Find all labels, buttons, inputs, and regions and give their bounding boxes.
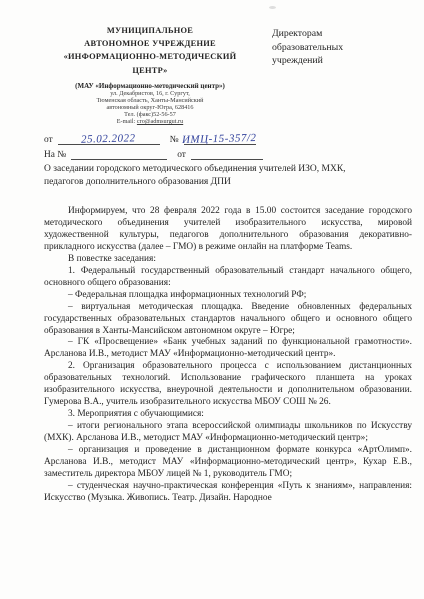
body-paragraph: Информируем, что 28 февраля 2022 года в … — [44, 206, 412, 254]
body-paragraph: – Федеральная площадка информационных те… — [44, 290, 412, 302]
letter-body: Информируем, что 28 февраля 2022 года в … — [44, 206, 412, 505]
handwritten-date: 25.02.2022 — [81, 132, 136, 145]
org-address-line: ул. Декабристов, 16, г. Сургут, — [36, 90, 264, 97]
body-paragraph: 3. Мероприятия с обучающимися: — [44, 409, 412, 421]
outgoing-date-label: от — [44, 135, 58, 145]
reply-number-label: На № — [44, 150, 71, 160]
email-label: E-mail: — [117, 118, 136, 125]
body-paragraph: 2. Организация образовательного процесса… — [44, 361, 412, 409]
handwritten-number: ИМЦ-15-357/2 — [182, 132, 257, 146]
org-short-name: (МАУ «Информационно-методический центр») — [36, 82, 264, 91]
body-paragraph: – ГК «Просвещение» «Банк учебных заданий… — [44, 337, 412, 361]
body-paragraph: – организация и проведение в дистанционн… — [44, 445, 412, 481]
reply-date-field — [191, 145, 263, 160]
body-paragraph: 1. Федеральный государственный образоват… — [44, 266, 412, 290]
reply-number-field — [71, 145, 167, 160]
addressee-block: Директорам образовательных учреждений — [272, 27, 384, 68]
org-name-line: «ИНФОРМАЦИОННО-МЕТОДИЧЕСКИЙ — [36, 50, 264, 63]
reference-row-reply: На № от — [44, 145, 260, 160]
reference-block: от 25.02.2022 № ИМЦ-15-357/2 На № от — [44, 130, 260, 160]
outgoing-number-field: ИМЦ-15-357/2 — [184, 130, 256, 145]
reference-row-outgoing: от 25.02.2022 № ИМЦ-15-357/2 — [44, 130, 260, 145]
org-name-line: АВТОНОМНОЕ УЧРЕЖДЕНИЕ — [36, 37, 264, 50]
letterhead: МУНИЦИПАЛЬНОЕ АВТОНОМНОЕ УЧРЕЖДЕНИЕ «ИНФ… — [36, 24, 264, 125]
org-name-line: ЦЕНТР» — [36, 64, 264, 77]
scan-artifact — [269, 6, 276, 9]
body-paragraph: – виртуальная методическая площадка. Вве… — [44, 302, 412, 338]
org-email-line: E-mail: cro@admsurgut.ru — [36, 118, 264, 125]
letter-subject: О заседании городского методического объ… — [44, 163, 346, 188]
reply-date-label: от — [177, 150, 191, 160]
body-paragraph: – итоги регионального этапа всероссийско… — [44, 421, 412, 445]
org-phone-line: Тел. (факс)52-56-57 — [36, 111, 264, 118]
org-name-line: МУНИЦИПАЛЬНОЕ — [36, 24, 264, 37]
org-address-line: автономный округ-Югра, 628416 — [36, 104, 264, 111]
email-value: cro@admsurgut.ru — [137, 118, 183, 125]
body-paragraph: – студенческая научно-практическая конфе… — [44, 481, 412, 505]
org-address-line: Тюменская область, Ханты-Мансийский — [36, 97, 264, 104]
body-paragraph: В повестке заседания: — [44, 254, 412, 266]
scanned-letter-page: МУНИЦИПАЛЬНОЕ АВТОНОМНОЕ УЧРЕЖДЕНИЕ «ИНФ… — [0, 0, 424, 599]
outgoing-date-field: 25.02.2022 — [58, 130, 160, 145]
